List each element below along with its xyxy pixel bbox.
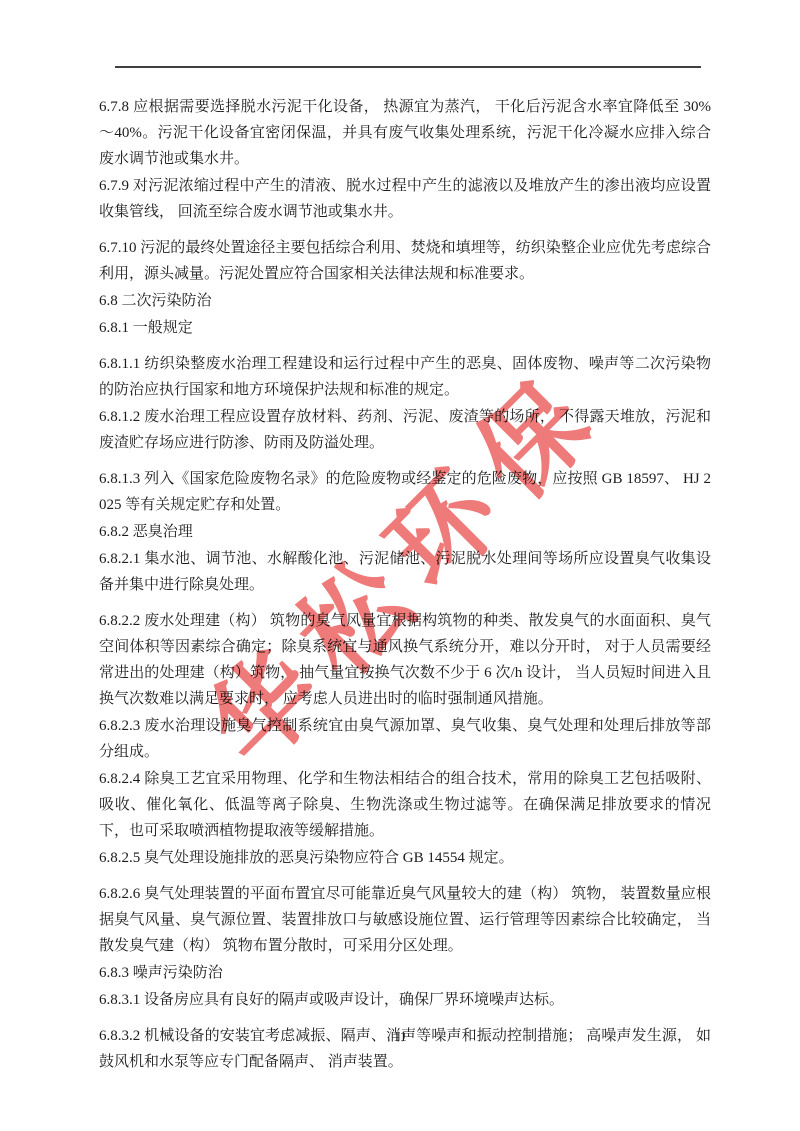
paragraph-6-8-2-1: 6.8.2.1 集水池、调节池、水解酸化池、污泥储池、污泥脱水处理间等场所应设置… [99, 546, 711, 598]
document-page: { "page": { "number": "11" }, "watermark… [0, 0, 800, 1131]
paragraph-6-8-1-3: 6.8.1.3 列入《国家危险废物名录》的危险废物或经鉴定的危险废物，应按照 G… [99, 466, 711, 518]
paragraph-6-8-1-2: 6.8.1.2 废水治理工程应设置存放材料、药剂、污泥、废渣等的场所， 不得露天… [99, 404, 711, 456]
paragraph-6-7-9: 6.7.9 对污泥浓缩过程中产生的清液、脱水过程中产生的滤液以及堆放产生的渗出液… [99, 173, 711, 225]
paragraph-6-8-2-6: 6.8.2.6 臭气处理装置的平面布置宜尽可能靠近臭气风量较大的建（构） 筑物，… [99, 881, 711, 959]
document-body: 6.7.8 应根据需要选择脱水污泥干化设备， 热源宜为蒸汽， 干化后污泥含水率宜… [99, 94, 711, 1076]
paragraph-6-7-8: 6.7.8 应根据需要选择脱水污泥干化设备， 热源宜为蒸汽， 干化后污泥含水率宜… [99, 94, 711, 172]
heading-6-8-3: 6.8.3 噪声污染防治 [99, 960, 711, 986]
heading-6-8: 6.8 二次污染防治 [99, 288, 711, 314]
paragraph-6-8-1-1: 6.8.1.1 纺织染整废水治理工程建设和运行过程中产生的恶臭、固体废物、噪声等… [99, 351, 711, 403]
header-rule [115, 66, 701, 68]
paragraph-6-8-2-2: 6.8.2.2 废水处理建（构） 筑物的臭气风量宜根据构筑物的种类、散发臭气的水… [99, 608, 711, 712]
paragraph-6-8-2-4: 6.8.2.4 除臭工艺宜采用物理、化学和生物法相结合的组合技术，常用的除臭工艺… [99, 766, 711, 844]
heading-6-8-1: 6.8.1 一般规定 [99, 315, 711, 341]
page-number: 11 [0, 1030, 800, 1046]
paragraph-6-8-2-3: 6.8.2.3 废水治理设施臭气控制系统宜由臭气源加罩、臭气收集、臭气处理和处理… [99, 713, 711, 765]
paragraph-6-8-2-5: 6.8.2.5 臭气处理设施排放的恶臭污染物应符合 GB 14554 规定。 [99, 845, 711, 871]
heading-6-8-2: 6.8.2 恶臭治理 [99, 519, 711, 545]
paragraph-6-8-3-1: 6.8.3.1 设备房应具有良好的隔声或吸声设计，确保厂界环境噪声达标。 [99, 987, 711, 1013]
paragraph-6-7-10: 6.7.10 污泥的最终处置途径主要包括综合利用、焚烧和填埋等，纺织染整企业应优… [99, 235, 711, 287]
